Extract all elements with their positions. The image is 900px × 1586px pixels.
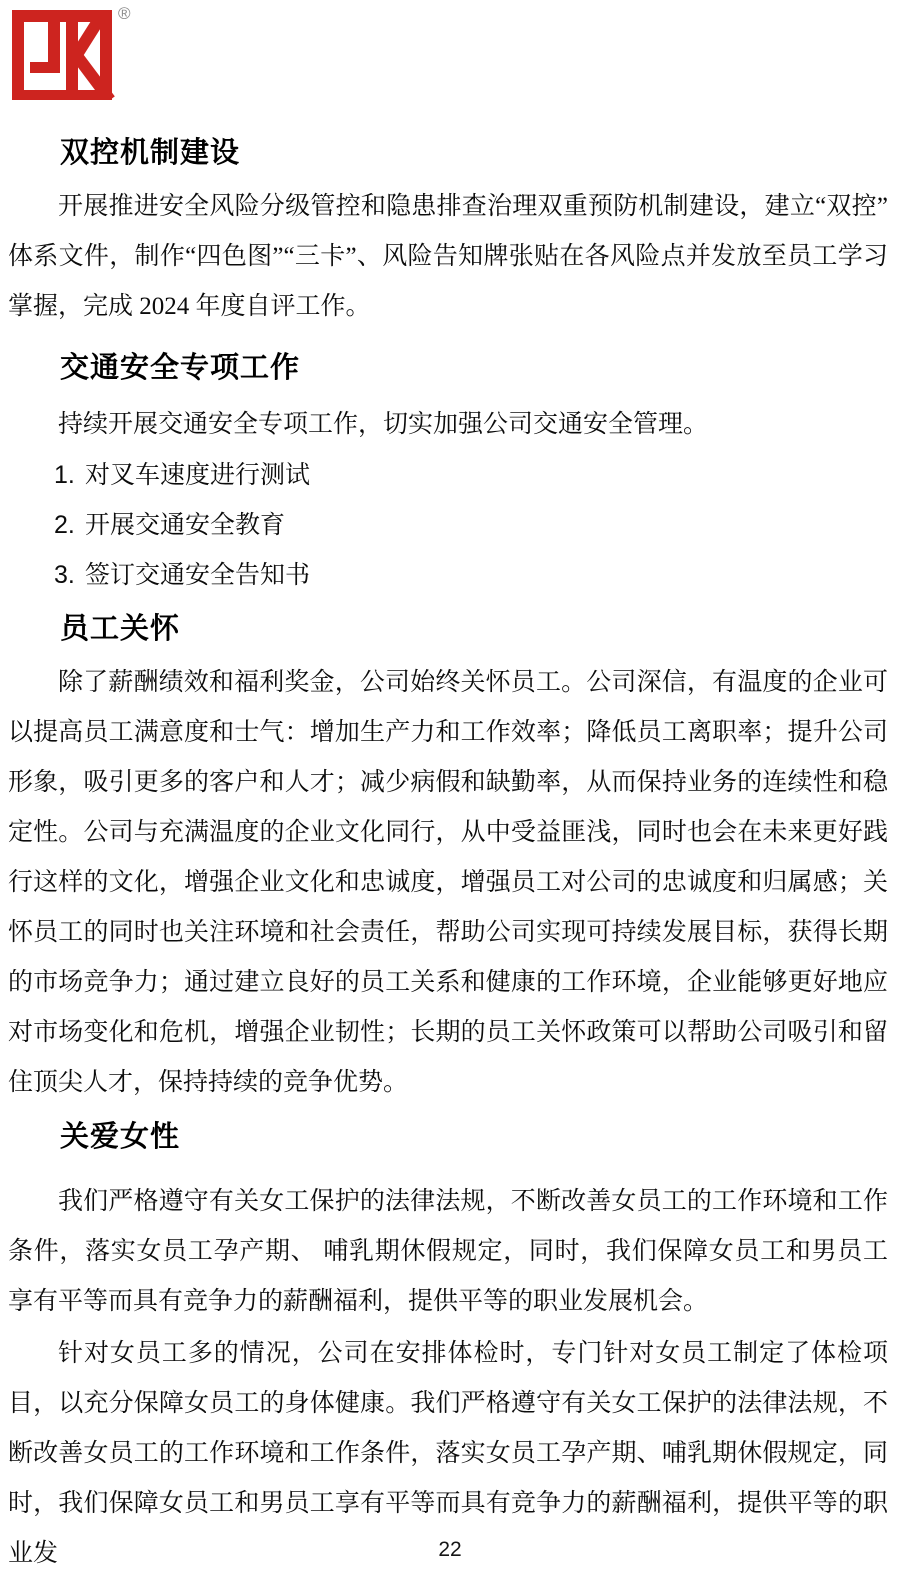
list-item-number: 2. — [54, 500, 76, 550]
document-page: ® 双控机制建设 开展推进安全风险分级管控和隐患排查治理双重预防机制建设，建立“… — [0, 0, 900, 1586]
list-item-number: 1. — [54, 450, 76, 500]
list-item-number: 3. — [54, 550, 76, 600]
jk-logo-icon — [10, 4, 128, 100]
paragraph-employee-care: 除了薪酬绩效和福利奖金，公司始终关怀员工。公司深信，有温度的企业可以提高员工满意… — [8, 658, 888, 1108]
list-item-text: 开展交通安全教育 — [85, 512, 285, 539]
section-heading-employee-care: 员工关怀 — [60, 612, 880, 646]
traffic-safety-list: 1.对叉车速度进行测试 2.开展交通安全教育 3.签订交通安全告知书 — [54, 450, 884, 600]
company-logo: ® — [10, 4, 150, 104]
list-item-text: 签订交通安全告知书 — [85, 562, 310, 589]
list-item: 1.对叉车速度进行测试 — [54, 450, 884, 500]
paragraph-dual-control: 开展推进安全风险分级管控和隐患排查治理双重预防机制建设，建立“双控”体系文件，制… — [8, 182, 888, 332]
section-heading-traffic-safety: 交通安全专项工作 — [60, 351, 880, 385]
paragraph-women-protection-1: 我们严格遵守有关女工保护的法律法规，不断改善女员工的工作环境和工作条件，落实女员… — [8, 1177, 888, 1327]
list-item: 3.签订交通安全告知书 — [54, 550, 884, 600]
registered-trademark-icon: ® — [118, 4, 131, 24]
page-number: 22 — [0, 1538, 900, 1562]
section-heading-caring-for-women: 关爱女性 — [60, 1120, 880, 1154]
list-item: 2.开展交通安全教育 — [54, 500, 884, 550]
section-heading-dual-control: 双控机制建设 — [60, 136, 880, 170]
paragraph-traffic-safety: 持续开展交通安全专项工作，切实加强公司交通安全管理。 — [8, 400, 888, 450]
list-item-text: 对叉车速度进行测试 — [85, 462, 310, 489]
